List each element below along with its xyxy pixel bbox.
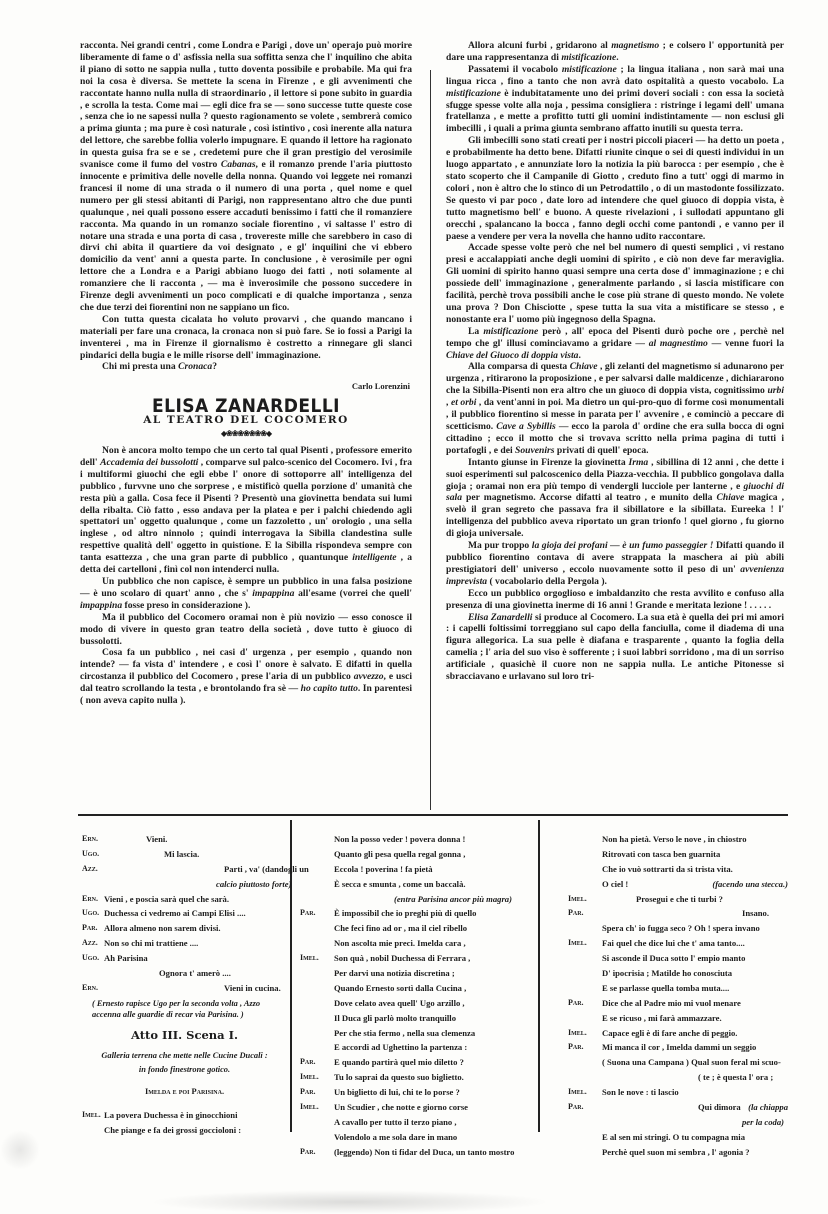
stage-direction: ( Ernesto rapisce Ugo per la seconda vol… [82, 998, 287, 1020]
verse-text: per la coda) [742, 1115, 784, 1130]
verse-text: Ognora t' amerò .... [159, 966, 231, 981]
paragraph: Passatemi il vocabolo mistificazione ; l… [446, 64, 784, 135]
verse-text: Insano. [742, 906, 769, 921]
speaker-label: Par. [568, 1100, 584, 1115]
dialogue-line: Par.Mi manca il cor , Imelda dammi un se… [568, 1040, 788, 1055]
verse-text: calcio piuttosto forte) [216, 877, 291, 892]
dialogue-line: Non ascolta mie preci. Imelda cara , [300, 936, 522, 951]
dialogue-line: per la coda) [568, 1115, 788, 1130]
speaker-label: Imel. [568, 892, 587, 907]
paragraph: Un pubblico che non capisce, è sempre un… [80, 576, 412, 612]
dialogue-line: E se ricuso , mi farà ammazzare. [568, 1011, 788, 1026]
dialogue-line: Imel.Capace egli è di fare anche di pegg… [568, 1026, 788, 1041]
dialogue-line: (entra Parisina ancor più magra) [300, 892, 522, 907]
verse-text: Un biglietto di lui, chi te lo porse ? [334, 1085, 460, 1100]
verse-text: Non la posso veder ! povera donna ! [334, 832, 465, 847]
dialogue-line: Imel.La povera Duchessa è in ginocchioni [82, 1108, 287, 1123]
verse-text: Il Duca gli parlò molto tranquillo [334, 1011, 456, 1026]
dialogue-line: Ern.Vieni in cucina. [82, 981, 287, 996]
verse-text: E se ricuso , mi farà ammazzare. [602, 1011, 722, 1026]
verse-text: Vieni in cucina. [224, 981, 281, 996]
speaker-label: Imel. [82, 1108, 101, 1123]
verse-text: E se parlasse quella tomba muta.... [602, 981, 729, 996]
speaker-label: Par. [300, 1055, 316, 1070]
dialogue-line: Eccola ! poverina ! fa pietà [300, 862, 522, 877]
dialogue-line: E al sen mi stringi. O tu compagna mia [568, 1130, 788, 1145]
paragraph: Intanto giunse in Firenze la giovinetta … [446, 457, 784, 540]
dialogue-line: Imel.Un Scudier , che notte e giorno cor… [300, 1100, 522, 1115]
article-title: ELISA ZANARDELLI [97, 401, 396, 413]
scene-description-line-1: Galleria terrena che mette nelle Cucine … [82, 1049, 287, 1063]
scene-description: Galleria terrena che mette nelle Cucine … [82, 1049, 287, 1077]
verse-text: Tu lo saprai da questo suo biglietto. [334, 1070, 464, 1085]
dialogue-line: Spera ch' io fugga seco ? Oh ! spera inv… [568, 921, 788, 936]
left-article-column: racconta. Nei grandi centri , come Londr… [80, 40, 412, 707]
verse-text: Perchè quel suon mi sembra , l' agonia ? [602, 1145, 750, 1160]
speaker-label: Imel. [568, 936, 587, 951]
character-list: Imelda e poi Parisina. [82, 1085, 287, 1100]
verse-text: ( Suona una Campana ) Qual suon feral mi… [602, 1055, 781, 1070]
verse-text: Che io vuò sottrarti da sì trista vita. [602, 862, 733, 877]
verse-text: E quando partirà quel mio diletto ? [334, 1055, 464, 1070]
verse-text: (entra Parisina ancor più magra) [394, 892, 512, 907]
dialogue-line: calcio piuttosto forte) [82, 877, 287, 892]
paper-stain [150, 1190, 550, 1214]
paragraph: Ma il pubblico del Cocomero oramai non è… [80, 612, 412, 648]
dialogue-line: Che piange e fa dei grossi goccioloni : [82, 1123, 287, 1138]
dialogue-line: Imel.Son le nove : ti lascio [568, 1085, 788, 1100]
verse-text: Qui dimora [698, 1100, 741, 1115]
speaker-label: Ugo. [82, 951, 99, 966]
dialogue-line: Perchè quel suon mi sembra , l' agonia ? [568, 1145, 788, 1160]
author-signature: Carlo Lorenzini [80, 381, 410, 393]
ornament-divider: ◆❀❀❀❀❀❀❀◆ [80, 428, 412, 440]
verse-text: Che piange e fa dei grossi goccioloni : [104, 1123, 241, 1138]
verse-text: Che feci fino ad or , ma il ciel ribello [334, 921, 467, 936]
verse-text: ( te ; è questa l' ora ; [698, 1070, 773, 1085]
dialogue-line: Ognora t' amerò .... [82, 966, 287, 981]
libretto-column-divider-2 [538, 820, 540, 1132]
paragraph: Elisa Zanardelli si produce al Cocomero.… [446, 612, 784, 683]
dialogue-lines: Non la posso veder ! povera donna !Quant… [300, 832, 522, 1160]
paragraph: Gli imbecilli sono stati creati per i no… [446, 135, 784, 242]
verse-text: Ritrovati con tasca ben guarnita [602, 847, 720, 862]
verse-text: Non so chi mi trattiene .... [104, 936, 198, 951]
dialogue-line: Ern.Vieni , e poscia sarà quel che sarà. [82, 892, 287, 907]
dialogue-line: D' ipocrisia ; Matilde ho conosciuta [568, 966, 788, 981]
paragraph: Ecco un pubblico orgoglioso e imbaldanzi… [446, 588, 784, 612]
verse-text: È impossibil che io preghi più di quello [334, 906, 476, 921]
article-continuation-paragraphs: Allora alcuni furbi , gridarono al magne… [446, 40, 784, 683]
paragraph: La mistificazione però , all' epoca del … [446, 326, 784, 362]
libretto-column-3: Non ha pietà. Verso le nove , in chiostr… [568, 832, 788, 1160]
speaker-label: Ern. [82, 981, 98, 996]
dialogue-line: Imel.Son quà , nobil Duchessa di Ferrara… [300, 951, 522, 966]
verse-text: Volendolo a me sola dare in mano [334, 1130, 457, 1145]
verse-text: Non ha pietà. Verso le nove , in chiostr… [602, 832, 747, 847]
verse-text: Eccola ! poverina ! fa pietà [334, 862, 433, 877]
paragraph: Alla comparsa di questa Chiave , gli zel… [446, 361, 784, 456]
verse-text: Per che stia fermo , nella sua clemenza [334, 1026, 475, 1041]
dialogue-line: Per darvi una notizia discretina ; [300, 966, 522, 981]
verse-text: Mi lascia. [164, 847, 199, 862]
dialogue-lines: Non ha pietà. Verso le nove , in chiostr… [568, 832, 788, 1160]
stage-aside: (facendo una stecca.) [712, 877, 788, 892]
dialogue-line: Ugo.Mi lascia. [82, 847, 287, 862]
act-heading: Atto III. Scena I. [82, 1028, 287, 1043]
dialogue-line: Non la posso veder ! povera donna ! [300, 832, 522, 847]
speaker-label: Azz. [82, 862, 98, 877]
dialogue-line: E accordi ad Ughettino la partenza : [300, 1040, 522, 1055]
verse-text: Non ascolta mie preci. Imelda cara , [334, 936, 466, 951]
dialogue-line: Azz.Parti , va' (dandogli un [82, 862, 287, 877]
stage-aside: (la chiappa [748, 1100, 788, 1115]
speaker-label: Par. [300, 1145, 316, 1160]
verse-text: È secca e smunta , come un baccalà. [334, 877, 466, 892]
right-article-column: Allora alcuni furbi , gridarono al magne… [446, 40, 784, 683]
verse-text: Vieni , e poscia sarà quel che sarà. [104, 892, 229, 907]
verse-text: (leggendo) Non ti fidar del Duca, un tan… [334, 1145, 514, 1160]
verse-text: Quando Ernesto sortì dalla Cucina , [334, 981, 466, 996]
dialogue-line: Che feci fino ad or , ma il ciel ribello [300, 921, 522, 936]
dialogue-line: E se parlasse quella tomba muta.... [568, 981, 788, 996]
dialogue-line: O ciel !(facendo una stecca.) [568, 877, 788, 892]
verse-text: Allora almeno non sarem divisi. [104, 921, 221, 936]
verse-text: Prosegui e che ti turbi ? [636, 892, 723, 907]
dialogue-line: Ugo.Duchessa ci vedremo ai Campi Elisi .… [82, 906, 287, 921]
speaker-label: Imel. [300, 1070, 319, 1085]
dialogue-line: Ritrovati con tasca ben guarnita [568, 847, 788, 862]
speaker-label: Ern. [82, 832, 98, 847]
paragraph: Allora alcuni furbi , gridarono al magne… [446, 40, 784, 64]
dialogue-line: Imel.Fai quel che dice lui che t' ama ta… [568, 936, 788, 951]
dialogue-line: Par.Dice che al Padre mio mi vuol menare [568, 996, 788, 1011]
section-divider [78, 814, 788, 816]
verse-text: Si asconde il Duca sotto l' empio manto [602, 951, 745, 966]
verse-text: Parti , va' (dandogli un [224, 862, 309, 877]
dialogue-line: Ugo.Ah Parisina [82, 951, 287, 966]
speaker-label: Par. [300, 1085, 316, 1100]
verse-text: Son le nove : ti lascio [602, 1085, 679, 1100]
verse-text: Mi manca il cor , Imelda dammi un seggio [602, 1040, 756, 1055]
dialogue-line: Par.Insano. [568, 906, 788, 921]
paragraph: Con tutta questa cicalata ho voluto prov… [80, 314, 412, 362]
speaker-label: Par. [82, 921, 98, 936]
column-divider [430, 70, 431, 810]
dialogue-line: Ern.Vieni. [82, 832, 287, 847]
verse-text: Dove celato avea quell' Ugo arzillo , [334, 996, 465, 1011]
dialogue-line: Si asconde il Duca sotto l' empio manto [568, 951, 788, 966]
dialogue-line: È secca e smunta , come un baccalà. [300, 877, 522, 892]
verse-text: E al sen mi stringi. O tu compagna mia [602, 1130, 745, 1145]
dialogue-line: Quando Ernesto sortì dalla Cucina , [300, 981, 522, 996]
verse-text: Dice che al Padre mio mi vuol menare [602, 996, 741, 1011]
paragraph: Non è ancora molto tempo che un certo ta… [80, 445, 412, 576]
speaker-label: Par. [568, 996, 584, 1011]
dialogue-line: Imel.Prosegui e che ti turbi ? [568, 892, 788, 907]
speaker-label: Par. [568, 1040, 584, 1055]
dialogue-line: ( Suona una Campana ) Qual suon feral mi… [568, 1055, 788, 1070]
article-paragraphs: Non è ancora molto tempo che un certo ta… [80, 445, 412, 707]
speaker-label: Imel. [568, 1085, 587, 1100]
dialogue-line: Par.Un biglietto di lui, chi te lo porse… [300, 1085, 522, 1100]
newspaper-page: racconta. Nei grandi centri , come Londr… [0, 0, 828, 1214]
verse-text: La povera Duchessa è in ginocchioni [104, 1108, 237, 1123]
dialogue-line: Imel.Tu lo saprai da questo suo bigliett… [300, 1070, 522, 1085]
verse-text: Ah Parisina [104, 951, 148, 966]
dialogue-line: ( te ; è questa l' ora ; [568, 1070, 788, 1085]
speaker-label: Imel. [568, 1026, 587, 1041]
chronicle-paragraphs: racconta. Nei grandi centri , come Londr… [80, 40, 412, 373]
verse-text: E accordi ad Ughettino la partenza : [334, 1040, 467, 1055]
verse-text: D' ipocrisia ; Matilde ho conosciuta [602, 966, 732, 981]
speaker-label: Azz. [82, 936, 98, 951]
paragraph: Chi mi presta una Cronaca? [80, 361, 412, 373]
paragraph: racconta. Nei grandi centri , come Londr… [80, 40, 412, 314]
libretto-column-1: Ern.Vieni.Ugo.Mi lascia.Azz.Parti , va' … [82, 832, 287, 1137]
verse-text: Spera ch' io fugga seco ? Oh ! spera inv… [602, 921, 760, 936]
dialogue-line: Par.È impossibil che io preghi più di qu… [300, 906, 522, 921]
dialogue-line: A cavallo per tutto il terzo piano , [300, 1115, 522, 1130]
verse-text: O ciel ! [602, 877, 628, 892]
verse-text: Fai quel che dice lui che t' ama tanto..… [602, 936, 745, 951]
dialogue-line: Quanto gli pesa quella regal gonna , [300, 847, 522, 862]
dialogue-line: Par.Qui dimora(la chiappa [568, 1100, 788, 1115]
dialogue-line: Volendolo a me sola dare in mano [300, 1130, 522, 1145]
dialogue-line: Non ha pietà. Verso le nove , in chiostr… [568, 832, 788, 847]
verse-text: Son quà , nobil Duchessa di Ferrara , [334, 951, 470, 966]
verse-text: Per darvi una notizia discretina ; [334, 966, 455, 981]
paper-stain [0, 1130, 40, 1170]
paragraph: Ma pur troppo la gioja dei profani — è u… [446, 540, 784, 588]
verse-text: Un Scudier , che notte e giorno corse [334, 1100, 468, 1115]
speaker-label: Ugo. [82, 906, 99, 921]
dialogue-line: Azz.Non so chi mi trattiene .... [82, 936, 287, 951]
dialogue-line: Che io vuò sottrarti da sì trista vita. [568, 862, 788, 877]
dialogue-line: Par.E quando partirà quel mio diletto ? [300, 1055, 522, 1070]
verse-text: Quanto gli pesa quella regal gonna , [334, 847, 465, 862]
speaker-label: Imel. [300, 951, 319, 966]
verse-text: Vieni. [146, 832, 167, 847]
scene-description-line-2: in fondo finestrone gotico. [82, 1063, 287, 1077]
dialogue-lines: Ern.Vieni.Ugo.Mi lascia.Azz.Parti , va' … [82, 832, 287, 996]
dialogue-line: Il Duca gli parlò molto tranquillo [300, 1011, 522, 1026]
dialogue-line: Par.(leggendo) Non ti fidar del Duca, un… [300, 1145, 522, 1160]
libretto-column-2: Non la posso veder ! povera donna !Quant… [300, 832, 522, 1160]
dialogue-lines: Imel.La povera Duchessa è in ginocchioni… [82, 1108, 287, 1138]
speaker-label: Par. [568, 906, 584, 921]
verse-text: A cavallo per tutto il terzo piano , [334, 1115, 457, 1130]
speaker-label: Ugo. [82, 847, 99, 862]
dialogue-line: Par.Allora almeno non sarem divisi. [82, 921, 287, 936]
verse-text: Capace egli è di fare anche di peggio. [602, 1026, 737, 1041]
dialogue-line: Dove celato avea quell' Ugo arzillo , [300, 996, 522, 1011]
speaker-label: Par. [300, 906, 316, 921]
paragraph: Accade spesse volte però che nel bel num… [446, 242, 784, 325]
verse-text: Duchessa ci vedremo ai Campi Elisi .... [104, 906, 246, 921]
speaker-label: Imel. [300, 1100, 319, 1115]
dialogue-line: Per che stia fermo , nella sua clemenza [300, 1026, 522, 1041]
speaker-label: Ern. [82, 892, 98, 907]
paragraph: Cosa fa un pubblico , nei casi d' urgenz… [80, 647, 412, 707]
